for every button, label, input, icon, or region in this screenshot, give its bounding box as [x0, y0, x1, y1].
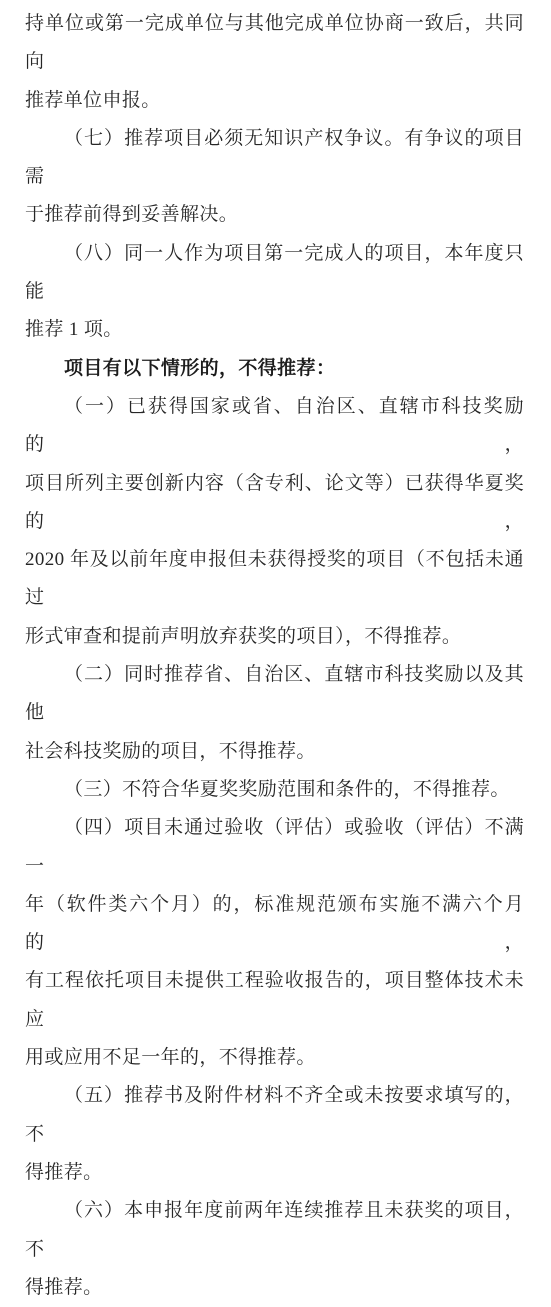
text-line: （一）已获得国家或省、自治区、直辖市科技奖励的，	[25, 388, 524, 465]
text-line: 持单位或第一完成单位与其他完成单位协商一致后，共同向	[25, 5, 524, 82]
document-page: 持单位或第一完成单位与其他完成单位协商一致后，共同向推荐单位申报。（七）推荐项目…	[0, 0, 551, 851]
text-line: 社会科技奖励的项目，不得推荐。	[25, 733, 524, 771]
text-line: （二）同时推荐省、自治区、直辖市科技奖励以及其他	[25, 656, 524, 733]
text-body: 持单位或第一完成单位与其他完成单位协商一致后，共同向推荐单位申报。（七）推荐项目…	[25, 5, 524, 851]
section-heading: 项目有以下情形的，不得推荐：	[25, 350, 524, 388]
text-line: （八）同一人作为项目第一完成人的项目，本年度只能	[25, 235, 524, 312]
text-line: 2020 年及以前年度申报但未获得授奖的项目（不包括未通过	[25, 541, 524, 618]
text-line: （三）不符合华夏奖奖励范围和条件的，不得推荐。	[25, 771, 524, 809]
text-line: 推荐 1 项。	[25, 311, 524, 349]
text-line: 项目所列主要创新内容（含专利、论文等）已获得华夏奖的，	[25, 465, 524, 542]
text-line: 于推荐前得到妥善解决。	[25, 196, 524, 234]
text-line: 推荐单位申报。	[25, 82, 524, 120]
text-line: （四）项目未通过验收（评估）或验收（评估）不满一	[25, 809, 524, 851]
text-line: （七）推荐项目必须无知识产权争议。有争议的项目需	[25, 120, 524, 197]
text-line: 形式审查和提前声明放弃获奖的项目），不得推荐。	[25, 618, 524, 656]
